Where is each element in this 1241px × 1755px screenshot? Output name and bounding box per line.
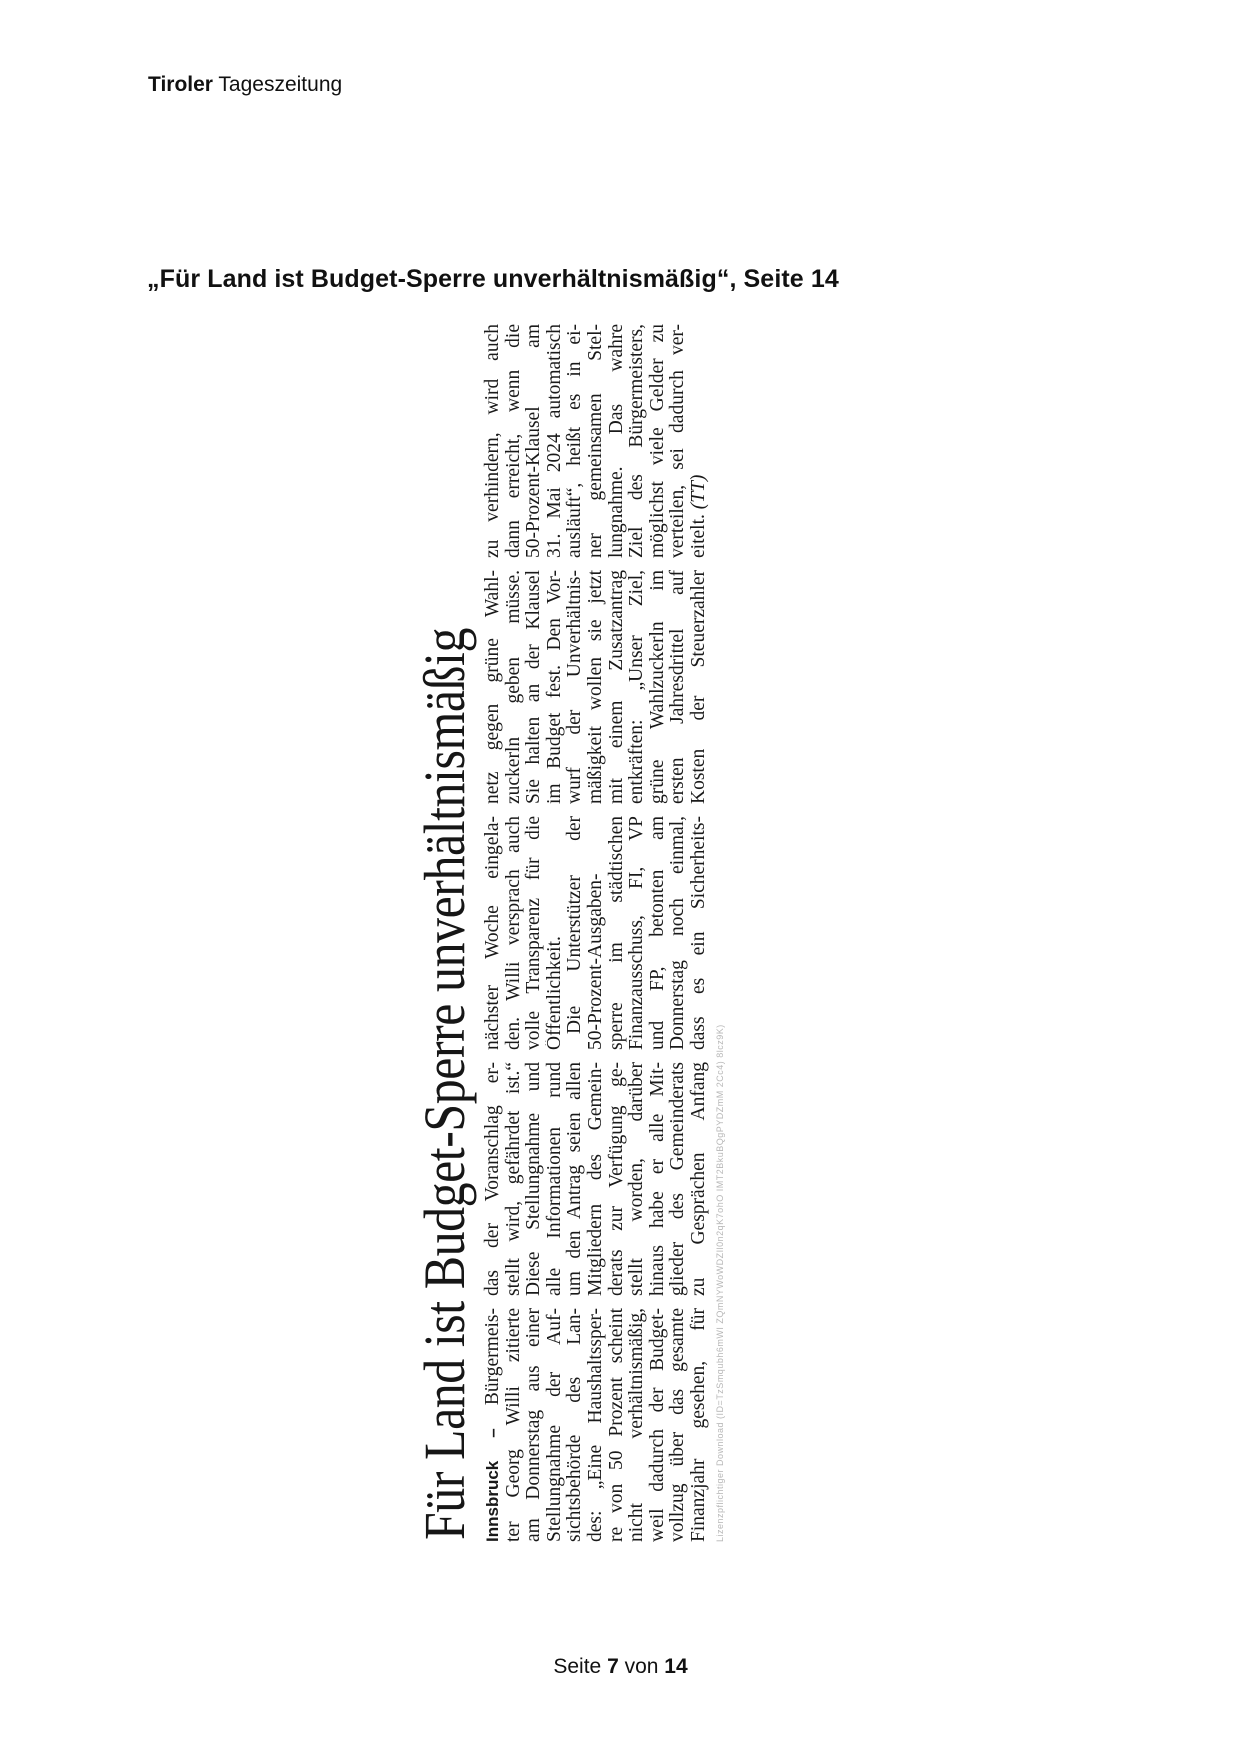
current-page-number: 7	[607, 1655, 619, 1678]
text-line: stellt wird, gefährdet ist.“	[504, 1062, 525, 1296]
text-line: volle Transparenz für die	[524, 816, 545, 1050]
text-line: Ziel des Bürgermeisters,	[627, 324, 648, 558]
text-line: weil dadurch der Budget-	[648, 1308, 669, 1542]
clipping-column-4: netz gegen grüne Wahl- zuckerln geben mü…	[483, 570, 710, 804]
text-line: Kosten der Steuerzahler	[689, 570, 710, 804]
text-line: mäßigkeit wollen sie jetzt	[586, 570, 607, 804]
total-page-count: 14	[664, 1655, 687, 1678]
text-line: sperre im städtischen	[607, 816, 628, 1050]
text-line: dass es ein Sicherheits-	[689, 816, 710, 1050]
text-line: mit einem Zusatzantrag	[607, 570, 628, 804]
text-line: 50-Prozent-Ausgaben-	[586, 816, 607, 1050]
text-line: Innsbruck – Bürgermeis-	[483, 1308, 504, 1542]
clipping-column-1: Innsbruck – Bürgermeis- ter Georg Willi …	[483, 1308, 710, 1542]
text-line: eitelt. (TT)	[689, 324, 710, 558]
text-line: vollzug über das gesamte	[668, 1308, 689, 1542]
text-line: verteilen, sei dadurch ver-	[668, 324, 689, 558]
text-line: ner gemeinsamen Stel-	[586, 324, 607, 558]
text-line: Diese Stellungnahme und	[524, 1062, 545, 1296]
text-line: Die Unterstützer der	[565, 816, 586, 1050]
text-line: um den Antrag seien allen	[565, 1062, 586, 1296]
text-line: Öffentlichkeit.	[545, 816, 566, 1050]
clipping-headline: Für Land ist Budget-Sperre unverhältnism…	[415, 628, 475, 1540]
text-line: lungnahme. Das wahre	[607, 324, 628, 558]
newspaper-clipping: Für Land ist Budget-Sperre unverhältnism…	[413, 314, 743, 1546]
text-line: ersten Jahresdrittel auf	[668, 570, 689, 804]
clipping-column-3: nächster Woche eingela- den. Willi versp…	[483, 816, 710, 1050]
text-line: 31. Mai 2024 automatisch	[545, 324, 566, 558]
text-line: Mitgliedern des Gemein-	[586, 1062, 607, 1296]
text-line: entkräften: „Unser Ziel,	[627, 570, 648, 804]
text-line: dann erreicht, wenn die	[504, 324, 525, 558]
text-line: Donnerstag noch einmal,	[668, 816, 689, 1050]
text-line: den. Willi versprach auch	[504, 816, 525, 1050]
text-line: stellt worden, darüber	[627, 1062, 648, 1296]
text-line: re von 50 Prozent scheint	[607, 1308, 628, 1542]
text-line: und FP, betonten am	[648, 816, 669, 1050]
text-line: 50-Prozent-Klausel am	[524, 324, 545, 558]
text-line: im Budget fest. Den Vor-	[545, 570, 566, 804]
article-reference-title: „Für Land ist Budget-Sperre unverhältnis…	[147, 265, 839, 294]
text-line: am Donnerstag aus einer	[524, 1308, 545, 1542]
text-line: glieder des Gemeinderats	[668, 1062, 689, 1296]
text-line: alle Informationen rund	[545, 1062, 566, 1296]
text-line: des: „Eine Haushaltssper-	[586, 1308, 607, 1542]
text-line: Finanzjahr gesehen, für	[689, 1308, 710, 1542]
clipping-body: Innsbruck – Bürgermeis- ter Georg Willi …	[483, 324, 710, 1542]
text-line: zu Gesprächen Anfang	[689, 1062, 710, 1296]
text-line: möglichst viele Gelder zu	[648, 324, 669, 558]
text-line: nicht verhältnismäßig,	[627, 1308, 648, 1542]
text-line: Stellungnahme der Auf-	[545, 1308, 566, 1542]
author-signature: (TT)	[689, 475, 709, 510]
text-line: grüne Wahlzuckerln im	[648, 570, 669, 804]
text-line: das der Voranschlag er-	[483, 1062, 504, 1296]
text-line: Sie halten an der Klausel	[524, 570, 545, 804]
text-line: wurf der Unverhältnis-	[565, 570, 586, 804]
clipping-column-5: zu verhindern, wird auch dann erreicht, …	[483, 324, 710, 558]
dateline: Innsbruck –	[483, 1428, 502, 1542]
text-line: zuckerln geben müsse.	[504, 570, 525, 804]
page-label: Seite	[553, 1655, 607, 1678]
publication-name-rest: Tageszeitung	[213, 73, 342, 96]
text-line: netz gegen grüne Wahl-	[483, 570, 504, 804]
text-line: ter Georg Willi zitierte	[504, 1308, 525, 1542]
license-credit-line: Lizenzpflichtiger Download (ID=TzSmqubh6…	[715, 1024, 725, 1542]
text-line: sichtsbehörde des Lan-	[565, 1308, 586, 1542]
text-line: zu verhindern, wird auch	[483, 324, 504, 558]
text-line-content: Bürgermeis-	[483, 1308, 503, 1428]
text-line: ausläuft“, heißt es in ei-	[565, 324, 586, 558]
text-line: hinaus habe er alle Mit-	[648, 1062, 669, 1296]
text-line: nächster Woche eingela-	[483, 816, 504, 1050]
publication-name-bold: Tiroler	[148, 73, 213, 96]
clipping-column-2: das der Voranschlag er- stellt wird, gef…	[483, 1062, 710, 1296]
publication-name: Tiroler Tageszeitung	[148, 73, 342, 97]
text-line: derats zur Verfügung ge-	[607, 1062, 628, 1296]
page-footer: Seite 7 von 14	[0, 1655, 1241, 1679]
text-line-content: eitelt.	[689, 514, 709, 558]
page-separator: von	[619, 1655, 665, 1678]
text-line: Finanzausschuss, FI, VP	[627, 816, 648, 1050]
